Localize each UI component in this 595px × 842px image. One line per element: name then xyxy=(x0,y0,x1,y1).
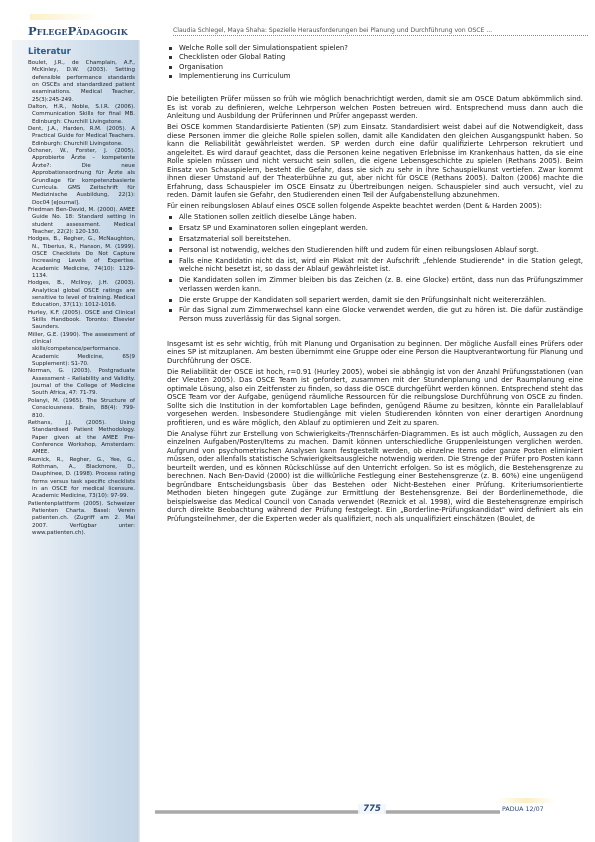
bullet-item: Implementierung ins Curriculum xyxy=(167,72,583,81)
reference-item: Polanyi, M. (1965). The Structure of Con… xyxy=(28,398,135,420)
reference-item: Rethans, J.J. (2005). Using Standardised… xyxy=(28,420,135,457)
reference-item: Miller, G.E. (1990). The assessment of c… xyxy=(28,332,135,369)
running-head: Claudia Schlegel, Maya Shaha: Spezielle … xyxy=(173,27,588,36)
bullet-item: Alle Stationen sollen zeitlich dieselbe … xyxy=(167,213,583,222)
reference-item: Reznick, R., Regher, G., Yee, G., Rothma… xyxy=(28,457,135,501)
reference-item: Boulet, J.R., de Champlain, A.F., McKinl… xyxy=(28,60,135,104)
reference-item: Öchsner, W., Forster, J. (2005). Approbi… xyxy=(28,148,135,207)
reference-item: Dent, J.A., Harden, R.M. (2005). A Pract… xyxy=(28,126,135,148)
bullet-item: Organisation xyxy=(167,63,583,72)
paragraph: Für einen reibungslosen Ablauf eines OSC… xyxy=(167,202,583,211)
paragraph: Insgesamt ist es sehr wichtig, früh mit … xyxy=(167,340,583,366)
issue-accent xyxy=(496,798,556,803)
paragraph: Bei OSCE kommen Standardisierte Patiente… xyxy=(167,123,583,200)
bullet-item: Ersatz SP und Examinatoren sollen eingep… xyxy=(167,224,583,233)
bullet-item: Die Kandidaten sollen im Zimmer bleiben … xyxy=(167,276,583,293)
page-number: 775 xyxy=(358,804,386,814)
reference-item: Friedman Ben-David, M. (2000). AMEE Guid… xyxy=(28,207,135,236)
paragraph: Die Analyse führt zur Erstellung von Sch… xyxy=(167,430,583,524)
aspects-bullet-list: Alle Stationen sollen zeitlich dieselbe … xyxy=(167,213,583,323)
footer-rule-right xyxy=(384,810,500,814)
bullet-item: Ersatzmaterial soll bereitstehen. xyxy=(167,235,583,244)
bullet-item: Für das Signal zum Zimmerwechsel kann ei… xyxy=(167,306,583,323)
reference-item: Norman, G. (2003). Postgraduate Assessme… xyxy=(28,368,135,397)
bullet-item: Die erste Gruppe der Kandidaten soll sep… xyxy=(167,296,583,305)
bullet-item: Welche Rolle soll der Simulationspatient… xyxy=(167,44,583,53)
bullet-item: Checklisten oder Global Rating xyxy=(167,53,583,62)
brand-accent xyxy=(30,14,100,20)
reference-item: Dalton, H.R., Noble, S.I.R. (2006). Comm… xyxy=(28,104,135,126)
topic-bullet-list: Welche Rolle soll der Simulationspatient… xyxy=(167,44,583,80)
document-page: PflegePädagogik Claudia Schlegel, Maya S… xyxy=(0,0,595,842)
main-text: Welche Rolle soll der Simulationspatient… xyxy=(167,44,583,526)
footer-rule-left xyxy=(155,810,360,814)
journal-brand: PflegePädagogik xyxy=(28,24,138,42)
bullet-item: Falls eine Kandidatin nicht da ist, wird… xyxy=(167,257,583,274)
sidebar-title: Literatur xyxy=(28,47,133,59)
sidebar-edge xyxy=(137,40,140,842)
reference-item: Hodges, B., McIlroy, J.H. (2003). Analyt… xyxy=(28,280,135,309)
paragraph: Die Reliabilität der OSCE ist hoch, r=0.… xyxy=(167,368,583,428)
issue-label: PADUA 12/07 xyxy=(502,806,592,813)
reference-item: Hurley, K.F. (2005). OSCE and Clinical S… xyxy=(28,310,135,332)
reference-item: Patientenplattform (2005). Schweizer Pat… xyxy=(28,501,135,538)
reference-item: Hodges, B., Regher, G., McNaughton, N., … xyxy=(28,236,135,280)
reference-list: Boulet, J.R., de Champlain, A.F., McKinl… xyxy=(28,60,135,537)
paragraph: Die beteiligten Prüfer müssen so früh wi… xyxy=(167,95,583,121)
bullet-item: Personal ist notwendig, welches den Stud… xyxy=(167,246,583,255)
